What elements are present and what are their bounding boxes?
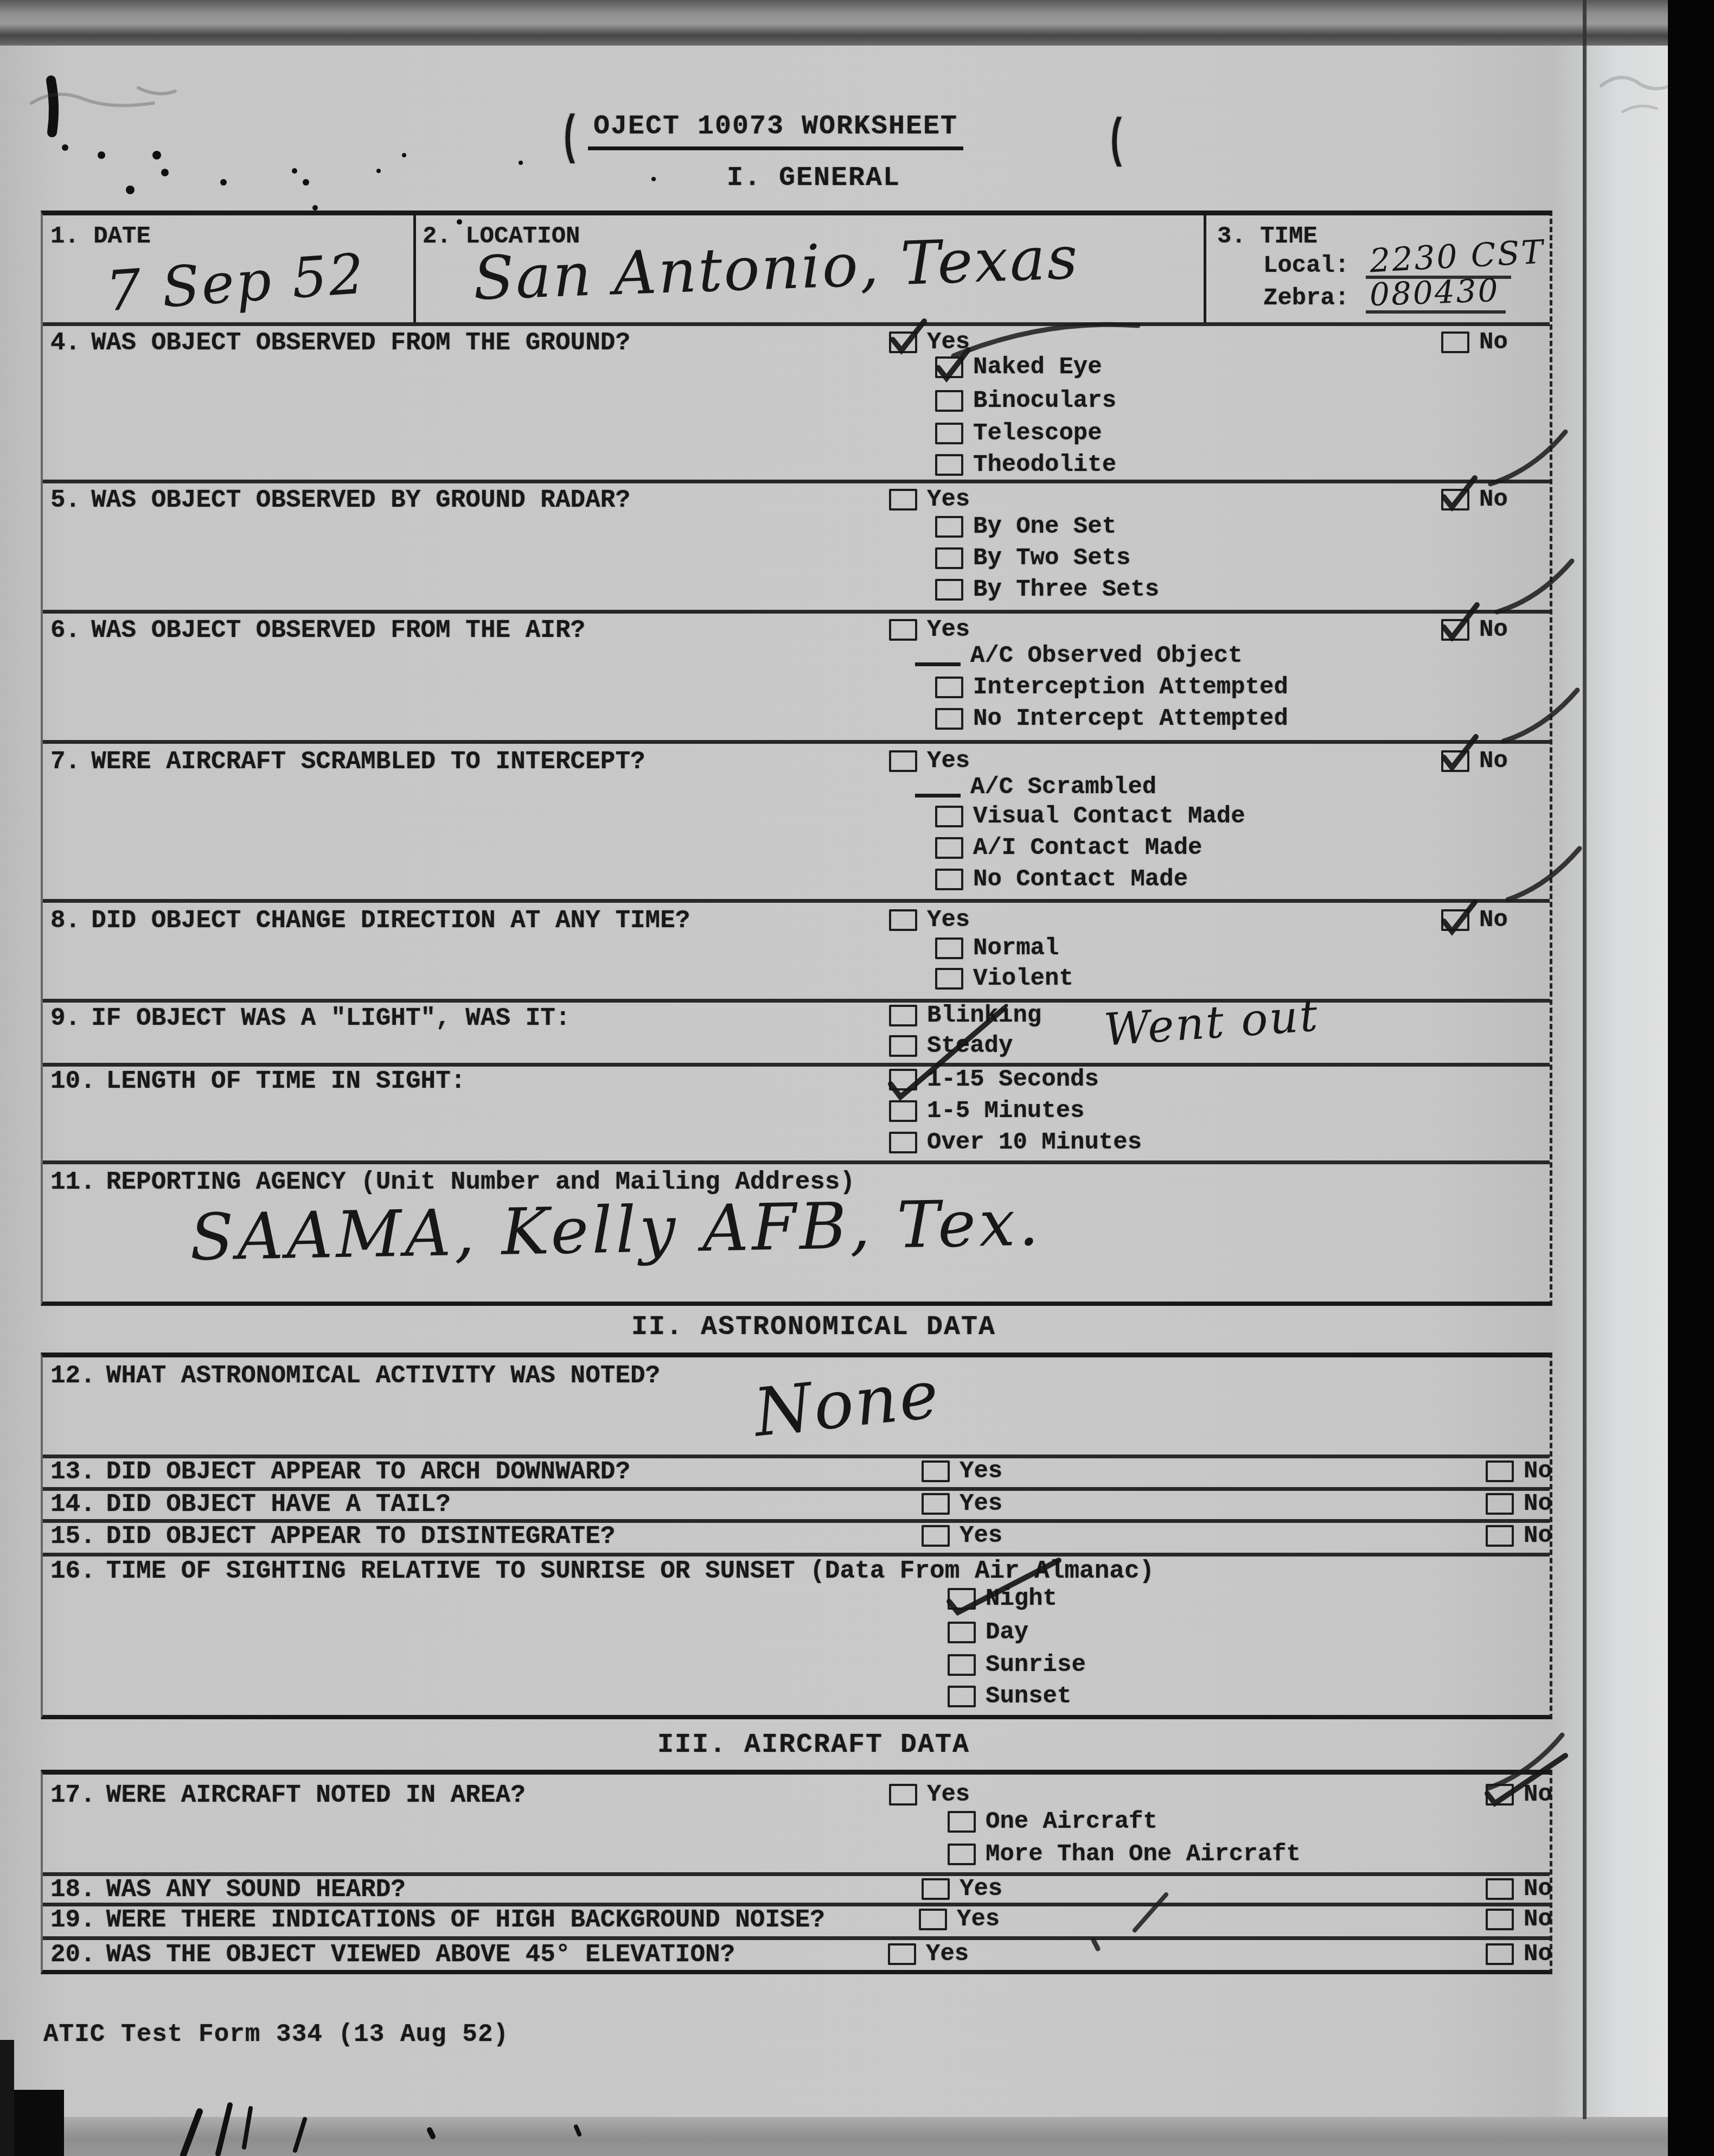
q12-row: 12.WHAT ASTRONOMICAL ACTIVITY WAS NOTED? (43, 1357, 1550, 1458)
q17-one-aircraft-checkbox[interactable] (948, 1811, 976, 1833)
q5-two-sets-label: By Two Sets (973, 545, 1130, 572)
q12-number: 12. (50, 1362, 95, 1390)
q16-sunrise-checkbox[interactable] (948, 1654, 976, 1676)
q7-no-contact-checkbox[interactable] (935, 869, 963, 890)
q5-three-sets-checkbox[interactable] (935, 579, 963, 601)
q9-blinking-checkbox[interactable] (889, 1005, 917, 1026)
q14-question: 14.DID OBJECT HAVE A TAIL? (50, 1490, 451, 1519)
q16-sub-sunset: Sunset (948, 1683, 1071, 1710)
q16-sunset-checkbox[interactable] (948, 1686, 976, 1707)
q7-visual-contact-checkbox[interactable] (935, 806, 963, 827)
q9-row: 9.IF OBJECT WAS A "LIGHT", WAS IT: Blink… (43, 999, 1550, 1067)
form-footer: ATIC Test Form 334 (13 Aug 52) (43, 2020, 509, 2049)
q15-no-label: No (1524, 1522, 1552, 1549)
q15-no-option: No (1486, 1522, 1552, 1549)
q6-interception-label: Interception Attempted (973, 674, 1288, 701)
q8-sub-violent: Violent (935, 965, 1073, 992)
q16-row: 16.TIME OF SIGHTING RELATIVE TO SUNRISE … (43, 1553, 1550, 1715)
q14-row: 14.DID OBJECT HAVE A TAIL? Yes No (43, 1487, 1550, 1523)
q7-visual-contact-label: Visual Contact Made (973, 803, 1245, 830)
q4-sub-naked-eye: Naked Eye (935, 354, 1102, 381)
q7-yes-option: Yes (889, 748, 970, 775)
q8-no-label: No (1479, 907, 1508, 934)
q8-row: 8.DID OBJECT CHANGE DIRECTION AT ANY TIM… (43, 899, 1550, 1003)
q8-normal-label: Normal (973, 935, 1059, 962)
page-fold-line (1583, 0, 1587, 2119)
q5-question: 5.WAS OBJECT OBSERVED BY GROUND RADAR? (50, 486, 630, 514)
q18-yes-label: Yes (960, 1876, 1002, 1903)
q10-1-15-seconds-checkbox[interactable] (889, 1069, 917, 1090)
q13-row: 13.DID OBJECT APPEAR TO ARCH DOWNWARD? Y… (43, 1455, 1550, 1491)
q4-theodolite-label: Theodolite (973, 451, 1116, 479)
q20-yes-option: Yes (888, 1941, 969, 1968)
q4-telescope-checkbox[interactable] (935, 423, 963, 444)
q6-sub-interception: Interception Attempted (935, 674, 1288, 701)
q13-yes-option: Yes (922, 1458, 1002, 1485)
q8-question: 8.DID OBJECT CHANGE DIRECTION AT ANY TIM… (50, 907, 690, 935)
q10-1-5-minutes-label: 1-5 Minutes (927, 1098, 1084, 1125)
q15-question: 15.DID OBJECT APPEAR TO DISINTEGRATE? (50, 1522, 615, 1551)
q13-yes-label: Yes (960, 1458, 1002, 1485)
time-label: 3. TIME (1217, 223, 1318, 250)
q18-row: 18.WAS ANY SOUND HEARD? Yes No (43, 1872, 1550, 1906)
q13-no-option: No (1486, 1458, 1552, 1485)
q6-text: WAS OBJECT OBSERVED FROM THE AIR? (91, 616, 585, 645)
q5-two-sets-checkbox[interactable] (935, 547, 963, 569)
q16-sunset-label: Sunset (986, 1683, 1071, 1710)
q5-no-checkbox[interactable] (1441, 489, 1469, 511)
q18-no-label: No (1524, 1876, 1552, 1903)
q4-yes-label: Yes (927, 329, 970, 356)
q18-text: WAS ANY SOUND HEARD? (106, 1876, 406, 1904)
q9-sub-steady: Steady (889, 1032, 1013, 1060)
q6-interception-checkbox[interactable] (935, 677, 963, 698)
q8-violent-checkbox[interactable] (935, 968, 963, 990)
q5-yes-label: Yes (927, 486, 970, 513)
q7-row: 7.WERE AIRCRAFT SCRAMBLED TO INTERCEPT? … (43, 740, 1550, 903)
time-zebra-label: Zebra: (1263, 285, 1349, 312)
q7-sub-no-contact: No Contact Made (935, 866, 1188, 893)
q7-yes-label: Yes (927, 748, 970, 775)
q10-1-15-seconds-label: 1-15 Seconds (927, 1066, 1099, 1093)
page-title: OJECT 10073 WORKSHEET (0, 111, 1551, 142)
q10-over-10-minutes-label: Over 10 Minutes (927, 1129, 1142, 1156)
q6-number: 6. (50, 616, 80, 645)
q17-yes-option: Yes (889, 1781, 970, 1808)
q4-number: 4. (50, 329, 80, 357)
q16-sub-day: Day (948, 1619, 1028, 1646)
q17-no-option: No (1486, 1781, 1552, 1808)
general-table: 1. DATE 2. LOCATION 3. TIME Local: Zebra… (41, 211, 1552, 1306)
q6-no-intercept-checkbox[interactable] (935, 708, 963, 730)
q15-text: DID OBJECT APPEAR TO DISINTEGRATE? (106, 1522, 616, 1551)
q5-yes-option: Yes (889, 486, 970, 513)
q16-day-label: Day (986, 1619, 1028, 1646)
q9-number: 9. (50, 1004, 80, 1032)
time-zebra-underline (1366, 310, 1506, 314)
section-1-heading: I. GENERAL (0, 163, 1627, 194)
page-title-text: OJECT 10073 WORKSHEET (588, 111, 963, 150)
q6-ac-observed-label: A/C Observed Object (970, 642, 1243, 669)
q6-no-checkbox[interactable] (1441, 619, 1469, 641)
q5-sub-two-sets: By Two Sets (935, 545, 1130, 572)
q14-no-checkbox[interactable] (1486, 1493, 1514, 1515)
q6-sub-no-intercept: No Intercept Attempted (935, 705, 1288, 732)
q6-yes-option: Yes (889, 616, 970, 643)
q5-number: 5. (50, 486, 80, 514)
q8-normal-checkbox[interactable] (935, 937, 963, 959)
q17-sub-one-aircraft: One Aircraft (948, 1808, 1157, 1835)
q7-question: 7.WERE AIRCRAFT SCRAMBLED TO INTERCEPT? (50, 748, 645, 776)
q13-yes-checkbox[interactable] (922, 1460, 950, 1482)
q15-yes-checkbox[interactable] (922, 1525, 950, 1547)
q16-question: 16.TIME OF SIGHTING RELATIVE TO SUNRISE … (50, 1557, 1154, 1585)
q10-text: LENGTH OF TIME IN SIGHT: (106, 1067, 466, 1095)
q12-text: WHAT ASTRONOMICAL ACTIVITY WAS NOTED? (106, 1362, 660, 1390)
q4-naked-eye-label: Naked Eye (973, 354, 1102, 381)
q6-question: 6.WAS OBJECT OBSERVED FROM THE AIR? (50, 616, 585, 645)
q5-sub-three-sets: By Three Sets (935, 576, 1159, 603)
q5-no-label: No (1479, 486, 1508, 513)
q20-no-checkbox[interactable] (1486, 1943, 1514, 1965)
q4-question: 4.WAS OBJECT OBSERVED FROM THE GROUND? (50, 329, 630, 357)
q17-row: 17.WERE AIRCRAFT NOTED IN AREA? Yes No O… (43, 1775, 1550, 1876)
q17-yes-label: Yes (927, 1781, 970, 1808)
q15-yes-label: Yes (960, 1522, 1002, 1549)
q9-steady-label: Steady (927, 1032, 1013, 1060)
q6-yes-checkbox[interactable] (889, 619, 917, 641)
q8-yes-label: Yes (927, 907, 970, 934)
q18-yes-option: Yes (922, 1876, 1002, 1903)
q7-no-contact-label: No Contact Made (973, 866, 1188, 893)
q14-yes-option: Yes (922, 1490, 1002, 1517)
section-2-heading: II. ASTRONOMICAL DATA (0, 1312, 1627, 1343)
scanned-worksheet-page: ( OJECT 10073 WORKSHEET ( I. GENERAL 1. … (0, 0, 1714, 2156)
q5-three-sets-label: By Three Sets (973, 576, 1159, 603)
q4-yes-option: Yes (889, 329, 970, 356)
q5-row: 5.WAS OBJECT OBSERVED BY GROUND RADAR? Y… (43, 480, 1550, 614)
q13-no-label: No (1524, 1458, 1552, 1485)
q8-yes-checkbox[interactable] (889, 909, 917, 931)
q7-ai-contact-label: A/I Contact Made (973, 834, 1202, 862)
q10-row: 10.LENGTH OF TIME IN SIGHT: 1-15 Seconds… (43, 1063, 1550, 1164)
q13-number: 13. (50, 1458, 95, 1486)
q18-number: 18. (50, 1876, 95, 1904)
scan-right-edge (1668, 0, 1714, 2156)
q19-row: 19.WERE THERE INDICATIONS OF HIGH BACKGR… (43, 1903, 1550, 1940)
q5-no-option: No (1441, 486, 1508, 513)
q7-ac-scrambled-blank-line[interactable] (915, 794, 961, 798)
q17-question: 17.WERE AIRCRAFT NOTED IN AREA? (50, 1781, 526, 1809)
q16-night-label: Night (986, 1585, 1057, 1612)
q13-question: 13.DID OBJECT APPEAR TO ARCH DOWNWARD? (50, 1458, 630, 1486)
q7-number: 7. (50, 748, 80, 776)
q15-number: 15. (50, 1522, 95, 1551)
aircraft-table: 17.WERE AIRCRAFT NOTED IN AREA? Yes No O… (41, 1770, 1552, 1974)
q10-question: 10.LENGTH OF TIME IN SIGHT: (50, 1067, 465, 1095)
q11-handwritten-value: SAAMA, Kelly AFB, Tex. (189, 1185, 1043, 1274)
q8-text: DID OBJECT CHANGE DIRECTION AT ANY TIME? (91, 907, 690, 935)
q17-more-than-one-checkbox[interactable] (948, 1844, 976, 1865)
q8-no-option: No (1441, 907, 1508, 934)
q20-yes-checkbox[interactable] (888, 1943, 916, 1965)
q20-question: 20.WAS THE OBJECT VIEWED ABOVE 45° ELEVA… (50, 1941, 735, 1969)
scan-left-edge (0, 2040, 14, 2156)
q5-one-set-label: By One Set (973, 513, 1116, 540)
q19-number: 19. (50, 1906, 95, 1934)
q4-text: WAS OBJECT OBSERVED FROM THE GROUND? (91, 329, 630, 357)
q19-no-checkbox[interactable] (1486, 1909, 1514, 1930)
time-local-label: Local: (1263, 252, 1349, 279)
q20-text: WAS THE OBJECT VIEWED ABOVE 45° ELEVATIO… (106, 1941, 735, 1969)
q14-yes-checkbox[interactable] (922, 1493, 950, 1515)
q19-text: WERE THERE INDICATIONS OF HIGH BACKGROUN… (106, 1906, 825, 1934)
q6-no-option: No (1441, 616, 1508, 643)
q10-over-10-minutes-checkbox[interactable] (889, 1132, 917, 1153)
q14-text: DID OBJECT HAVE A TAIL? (106, 1490, 451, 1519)
q14-no-option: No (1486, 1490, 1552, 1517)
q6-no-label: No (1479, 616, 1508, 643)
q10-sub-1-15-seconds: 1-15 Seconds (889, 1066, 1099, 1093)
q17-more-than-one-label: More Than One Aircraft (986, 1841, 1301, 1868)
q9-blinking-label: Blinking (927, 1002, 1041, 1029)
q20-number: 20. (50, 1941, 95, 1969)
q5-text: WAS OBJECT OBSERVED BY GROUND RADAR? (91, 486, 630, 514)
q16-night-checkbox[interactable] (948, 1588, 976, 1610)
q7-ac-scrambled-label: A/C Scrambled (970, 774, 1156, 801)
q6-ac-observed-blank-line[interactable] (915, 662, 961, 666)
q16-text: TIME OF SIGHTING RELATIVE TO SUNRISE OR … (106, 1557, 1154, 1585)
q9-steady-checkbox[interactable] (889, 1035, 917, 1057)
q4-theodolite-checkbox[interactable] (935, 454, 963, 476)
q10-1-5-minutes-checkbox[interactable] (889, 1100, 917, 1122)
q17-no-checkbox[interactable] (1486, 1784, 1514, 1806)
q17-number: 17. (50, 1781, 95, 1809)
q8-no-checkbox[interactable] (1441, 909, 1469, 931)
q10-number: 10. (50, 1067, 95, 1095)
q7-sub-ac-scrambled: A/C Scrambled (915, 774, 1156, 801)
q20-no-label: No (1524, 1941, 1552, 1968)
q12-question: 12.WHAT ASTRONOMICAL ACTIVITY WAS NOTED? (50, 1362, 660, 1390)
column-divider (413, 215, 416, 322)
q19-no-label: No (1524, 1906, 1552, 1933)
q7-text: WERE AIRCRAFT SCRAMBLED TO INTERCEPT? (91, 748, 645, 776)
q7-ai-contact-checkbox[interactable] (935, 837, 963, 859)
q19-yes-label: Yes (957, 1906, 1000, 1933)
q6-sub-ac-observed: A/C Observed Object (915, 642, 1243, 669)
section-3-heading: III. AIRCRAFT DATA (0, 1730, 1627, 1760)
q8-number: 8. (50, 907, 80, 935)
q18-no-option: No (1486, 1876, 1552, 1903)
q19-yes-checkbox[interactable] (919, 1909, 947, 1930)
q4-binoculars-checkbox[interactable] (935, 390, 963, 412)
q19-question: 19.WERE THERE INDICATIONS OF HIGH BACKGR… (50, 1906, 825, 1934)
q4-yes-checkbox[interactable] (889, 331, 917, 353)
q9-text: IF OBJECT WAS A "LIGHT", WAS IT: (91, 1004, 570, 1032)
q16-sub-sunrise: Sunrise (948, 1651, 1086, 1679)
q7-no-option: No (1441, 748, 1508, 775)
q15-row: 15.DID OBJECT APPEAR TO DISINTEGRATE? Ye… (43, 1519, 1550, 1557)
q4-telescope-label: Telescope (973, 420, 1102, 447)
q8-violent-label: Violent (973, 965, 1073, 992)
q15-no-checkbox[interactable] (1486, 1525, 1514, 1547)
q20-yes-label: Yes (926, 1941, 969, 1968)
q17-text: WERE AIRCRAFT NOTED IN AREA? (106, 1781, 526, 1809)
q11-number: 11. (50, 1168, 95, 1196)
q18-question: 18.WAS ANY SOUND HEARD? (50, 1876, 406, 1904)
q17-sub-more-than-one: More Than One Aircraft (948, 1841, 1301, 1868)
q4-binoculars-label: Binoculars (973, 387, 1116, 414)
time-zebra-handwritten-value: 080430 (1369, 272, 1500, 313)
q10-sub-1-5-minutes: 1-5 Minutes (889, 1098, 1084, 1125)
q16-sub-night: Night (948, 1585, 1057, 1612)
q6-row: 6.WAS OBJECT OBSERVED FROM THE AIR? Yes … (43, 610, 1550, 744)
q9-question: 9.IF OBJECT WAS A "LIGHT", WAS IT: (50, 1004, 571, 1032)
q7-sub-visual-contact: Visual Contact Made (935, 803, 1245, 830)
q5-yes-checkbox[interactable] (889, 489, 917, 511)
q18-no-checkbox[interactable] (1486, 1878, 1514, 1900)
q7-no-checkbox[interactable] (1441, 750, 1469, 772)
q16-day-checkbox[interactable] (948, 1622, 976, 1643)
q5-sub-one-set: By One Set (935, 513, 1116, 540)
q15-yes-option: Yes (922, 1522, 1002, 1549)
q6-no-intercept-label: No Intercept Attempted (973, 705, 1288, 732)
astronomical-table: 12.WHAT ASTRONOMICAL ACTIVITY WAS NOTED?… (41, 1353, 1552, 1719)
q20-no-option: No (1486, 1941, 1552, 1968)
scan-top-edge (0, 0, 1714, 46)
q18-yes-checkbox[interactable] (922, 1878, 950, 1900)
q9-sub-blinking: Blinking (889, 1002, 1041, 1029)
q4-sub-binoculars: Binoculars (935, 387, 1116, 414)
q4-no-checkbox[interactable] (1441, 331, 1469, 353)
q10-sub-over-10-minutes: Over 10 Minutes (889, 1129, 1142, 1156)
q19-no-option: No (1486, 1906, 1552, 1933)
q16-sunrise-label: Sunrise (986, 1651, 1086, 1679)
q7-sub-ai-contact: A/I Contact Made (935, 834, 1202, 862)
q13-no-checkbox[interactable] (1486, 1460, 1514, 1482)
q17-one-aircraft-label: One Aircraft (986, 1808, 1157, 1835)
column-divider (1204, 215, 1206, 322)
q4-row: 4.WAS OBJECT OBSERVED FROM THE GROUND? Y… (43, 322, 1550, 483)
q6-yes-label: Yes (927, 616, 970, 643)
date-label: 1. DATE (50, 223, 151, 250)
q4-sub-telescope: Telescope (935, 420, 1102, 447)
q7-yes-checkbox[interactable] (889, 750, 917, 772)
q4-sub-theodolite: Theodolite (935, 451, 1116, 479)
q7-no-label: No (1479, 748, 1508, 775)
q14-no-label: No (1524, 1490, 1552, 1517)
q8-sub-normal: Normal (935, 935, 1059, 962)
q13-text: DID OBJECT APPEAR TO ARCH DOWNWARD? (106, 1458, 630, 1486)
q14-number: 14. (50, 1490, 95, 1519)
q17-no-label: No (1524, 1781, 1552, 1808)
q17-yes-checkbox[interactable] (889, 1784, 917, 1806)
q16-number: 16. (50, 1557, 95, 1585)
q8-yes-option: Yes (889, 907, 970, 934)
scan-bottom-edge (0, 2117, 1668, 2156)
q4-no-option: No (1441, 329, 1508, 356)
q19-yes-option: Yes (919, 1906, 1000, 1933)
q4-naked-eye-checkbox[interactable] (935, 356, 963, 378)
q20-row: 20.WAS THE OBJECT VIEWED ABOVE 45° ELEVA… (43, 1936, 1550, 1970)
q14-yes-label: Yes (960, 1490, 1002, 1517)
q4-no-label: No (1479, 329, 1508, 356)
q5-one-set-checkbox[interactable] (935, 516, 963, 538)
